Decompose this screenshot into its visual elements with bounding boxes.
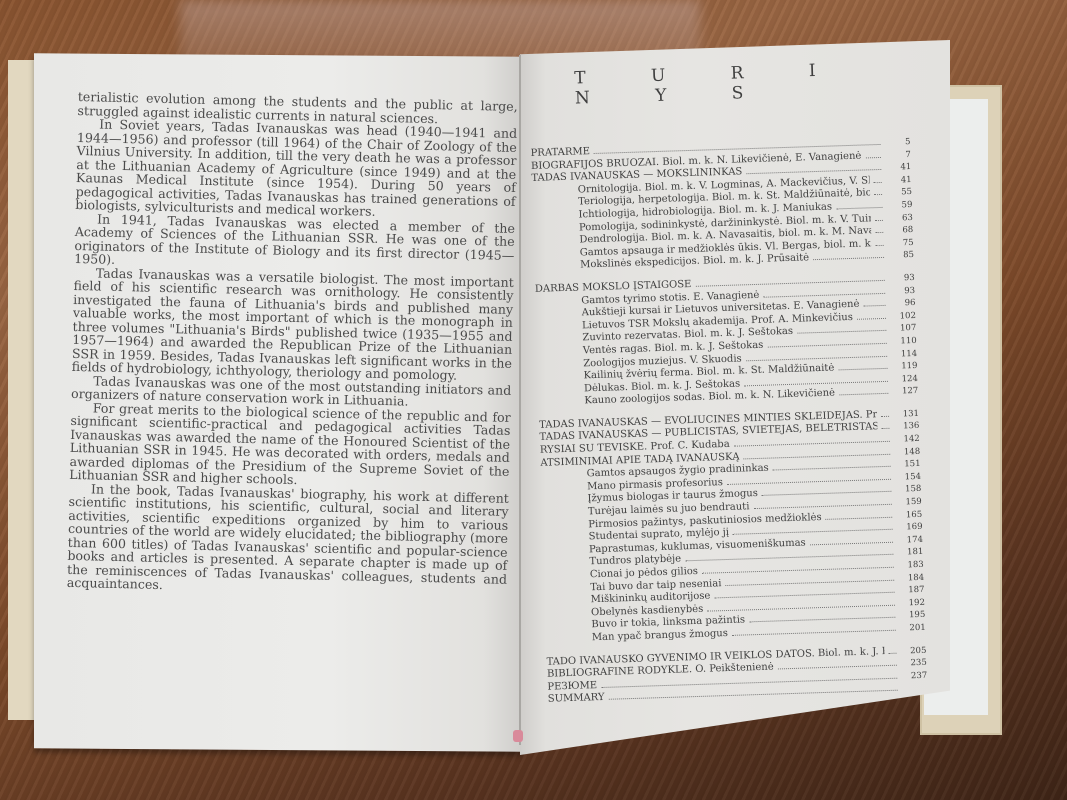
toc-entry-label: SUMMARY [548,692,605,705]
toc-page-number: 96 [889,298,915,310]
toc-leader-dots [888,652,896,653]
toc-page-number: 75 [887,238,913,250]
toc-page-number: 55 [886,187,912,199]
toc-leader-dots [767,343,886,348]
toc-page-number: 68 [887,225,913,237]
toc-leader-dots [813,257,884,260]
toc-page-number: 59 [886,200,912,212]
toc-page-number: 85 [888,250,914,262]
toc-leader-dots [810,542,893,546]
toc-page-number: 205 [900,645,926,657]
paragraph: In the book, Tadas Ivanauskas' biography… [67,481,509,599]
toc-leader-dots [876,245,884,246]
toc-page-number: 158 [895,484,921,496]
toc-page-number: 165 [896,509,922,521]
toc-page-number [902,690,928,691]
book-spine-gutter [519,55,521,745]
paragraph: For great merits to the biological scien… [69,400,511,491]
toc-leader-dots [762,491,891,496]
toc-page-number: 183 [898,560,924,572]
toc-page-number: 151 [894,459,920,471]
table-of-contents: T U R I N Y S PRATARMĖ5BIOGRAFIJOS BRUOŽ… [528,58,928,706]
toc-page-number: 63 [887,213,913,225]
english-summary-text: terialistic evolution among the students… [67,90,518,599]
toc-page-number: 235 [901,658,927,670]
toc-page-number: 110 [891,336,917,348]
toc-page-number: 5 [884,137,910,149]
paragraph: Tadas Ivanauskas was a versatile biologi… [72,265,514,383]
toc-leader-dots [733,529,893,535]
toc-page-number: 195 [899,610,925,622]
toc-page-number: 201 [900,623,926,635]
toc-page-number: 187 [898,585,924,597]
toc-page-number: 114 [891,348,917,360]
toc-page-number: 148 [894,447,920,459]
toc-page-number: 159 [896,497,922,509]
toc-page-number: 107 [890,323,916,335]
toc-page-number: 154 [895,472,921,484]
toc-leader-dots [778,665,897,670]
toc-page-number: 181 [897,547,923,559]
toc-leader-dots [875,219,883,220]
toc-leader-dots [881,416,889,417]
toc-page-number: 131 [893,409,919,421]
toc-leader-dots [881,428,889,429]
toc-page-number: 124 [892,374,918,386]
paragraph: In Soviet years, Tadas Ivanauskas was he… [75,117,517,221]
toc-leader-dots [727,479,891,485]
toc-leader-dots [839,393,888,396]
toc-leader-dots [746,355,887,360]
toc-page-number: 7 [885,150,911,162]
toc-page-number: 119 [891,361,917,373]
toc-leader-dots [744,381,888,387]
toc-leader-dots [753,504,891,509]
toc-leader-dots [875,232,883,233]
toc-page-number: 237 [901,671,927,683]
toc-leader-dots [797,330,886,334]
toc-leader-dots [732,630,896,636]
toc-page-number: 41 [885,162,911,174]
toc-entry-label: PRATARMĖ [530,146,590,159]
toc-leader-dots [836,207,882,209]
toc-leader-dots [746,169,881,174]
toc-entry-label: РЕЗЮМЕ [547,680,597,693]
toc-leader-dots [838,368,887,371]
bookmark-ribbon [513,730,523,742]
toc-page-number: 127 [892,386,918,398]
toc-page-number: 93 [889,273,915,285]
toc-page-number: 102 [890,311,916,323]
toc-page-number: 41 [885,175,911,187]
toc-leader-dots [763,292,885,297]
toc-leader-dots [725,579,894,585]
toc-page-number: 192 [899,598,925,610]
toc-page-number: 93 [889,285,915,297]
toc-leader-dots [773,466,891,471]
toc-page-number: 136 [893,421,919,433]
toc-leader-dots [744,453,891,459]
toc-leader-dots [749,617,895,623]
toc-page-number: 169 [896,522,922,534]
toc-page-number: 142 [894,434,920,446]
toc-page-number: 174 [897,535,923,547]
toc-list: PRATARMĖ5BIOGRAFIJOS BRUOŽAI. Biol. m. k… [530,136,927,706]
toc-page-number: 184 [898,572,924,584]
toc-leader-dots [826,516,893,519]
toc-leader-dots [864,305,886,307]
toc-leader-dots [874,182,882,183]
toc-leader-dots [865,157,881,158]
toc-leader-dots [874,194,882,195]
toc-leader-dots [857,318,886,320]
toc-leader-dots [734,441,890,447]
